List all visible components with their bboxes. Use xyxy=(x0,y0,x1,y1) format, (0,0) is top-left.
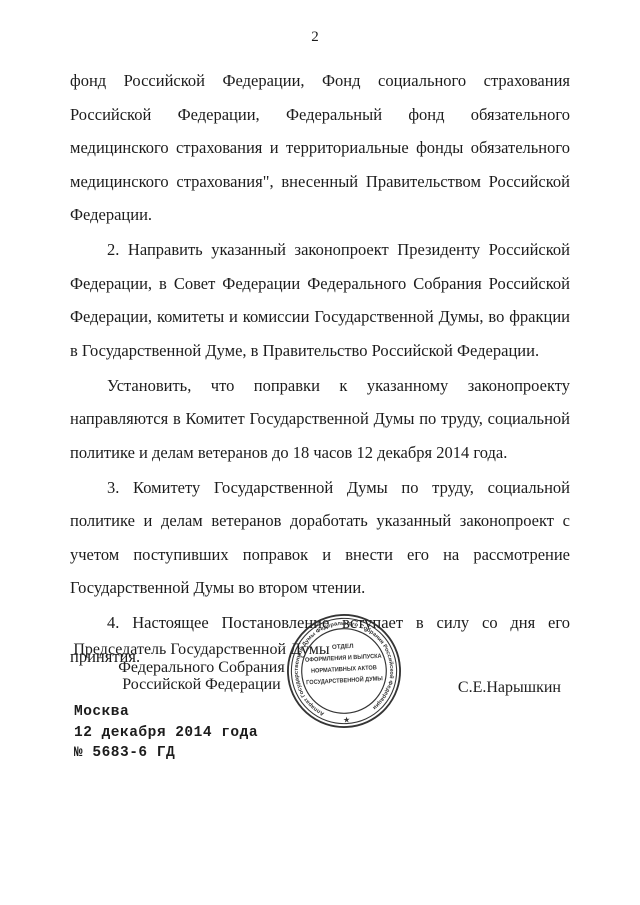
issuance-city: Москва xyxy=(74,702,258,723)
paragraph-continuation: фонд Российской Федерации, Фонд социальн… xyxy=(70,64,570,232)
stamp-center-line: ОТДЕЛ xyxy=(332,643,354,651)
document-number: № 5683-6 ГД xyxy=(74,743,258,764)
paragraph-amendments: Установить, что поправки к указанному за… xyxy=(70,369,570,470)
issuance-date: 12 декабря 2014 года xyxy=(74,723,258,744)
official-stamp: Аппарат Государственной Думы Федеральног… xyxy=(282,609,406,733)
stamp-seal-graphic: Аппарат Государственной Думы Федеральног… xyxy=(282,609,406,733)
document-page: 2 фонд Российской Федерации, Фонд социал… xyxy=(0,0,640,905)
stamp-center-line: НОРМАТИВНЫХ АКТОВ xyxy=(311,664,378,674)
page-number: 2 xyxy=(70,29,560,46)
stamp-star-icon: ★ xyxy=(343,716,350,724)
issuance-details: Москва 12 декабря 2014 года № 5683-6 ГД xyxy=(74,702,258,764)
signatory-name: С.Е.Нарышкин xyxy=(435,679,561,697)
paragraph-item-3: 3. Комитету Государственной Думы по труд… xyxy=(70,471,570,605)
stamp-center-line: ОФОРМЛЕНИЯ И ВЫПУСКА xyxy=(305,653,383,664)
paragraph-item-2: 2. Направить указанный законопроект През… xyxy=(70,233,570,367)
document-body: фонд Российской Федерации, Фонд социальн… xyxy=(70,64,570,673)
stamp-center-line: ГОСУДАРСТВЕННОЙ ДУМЫ xyxy=(306,674,383,686)
